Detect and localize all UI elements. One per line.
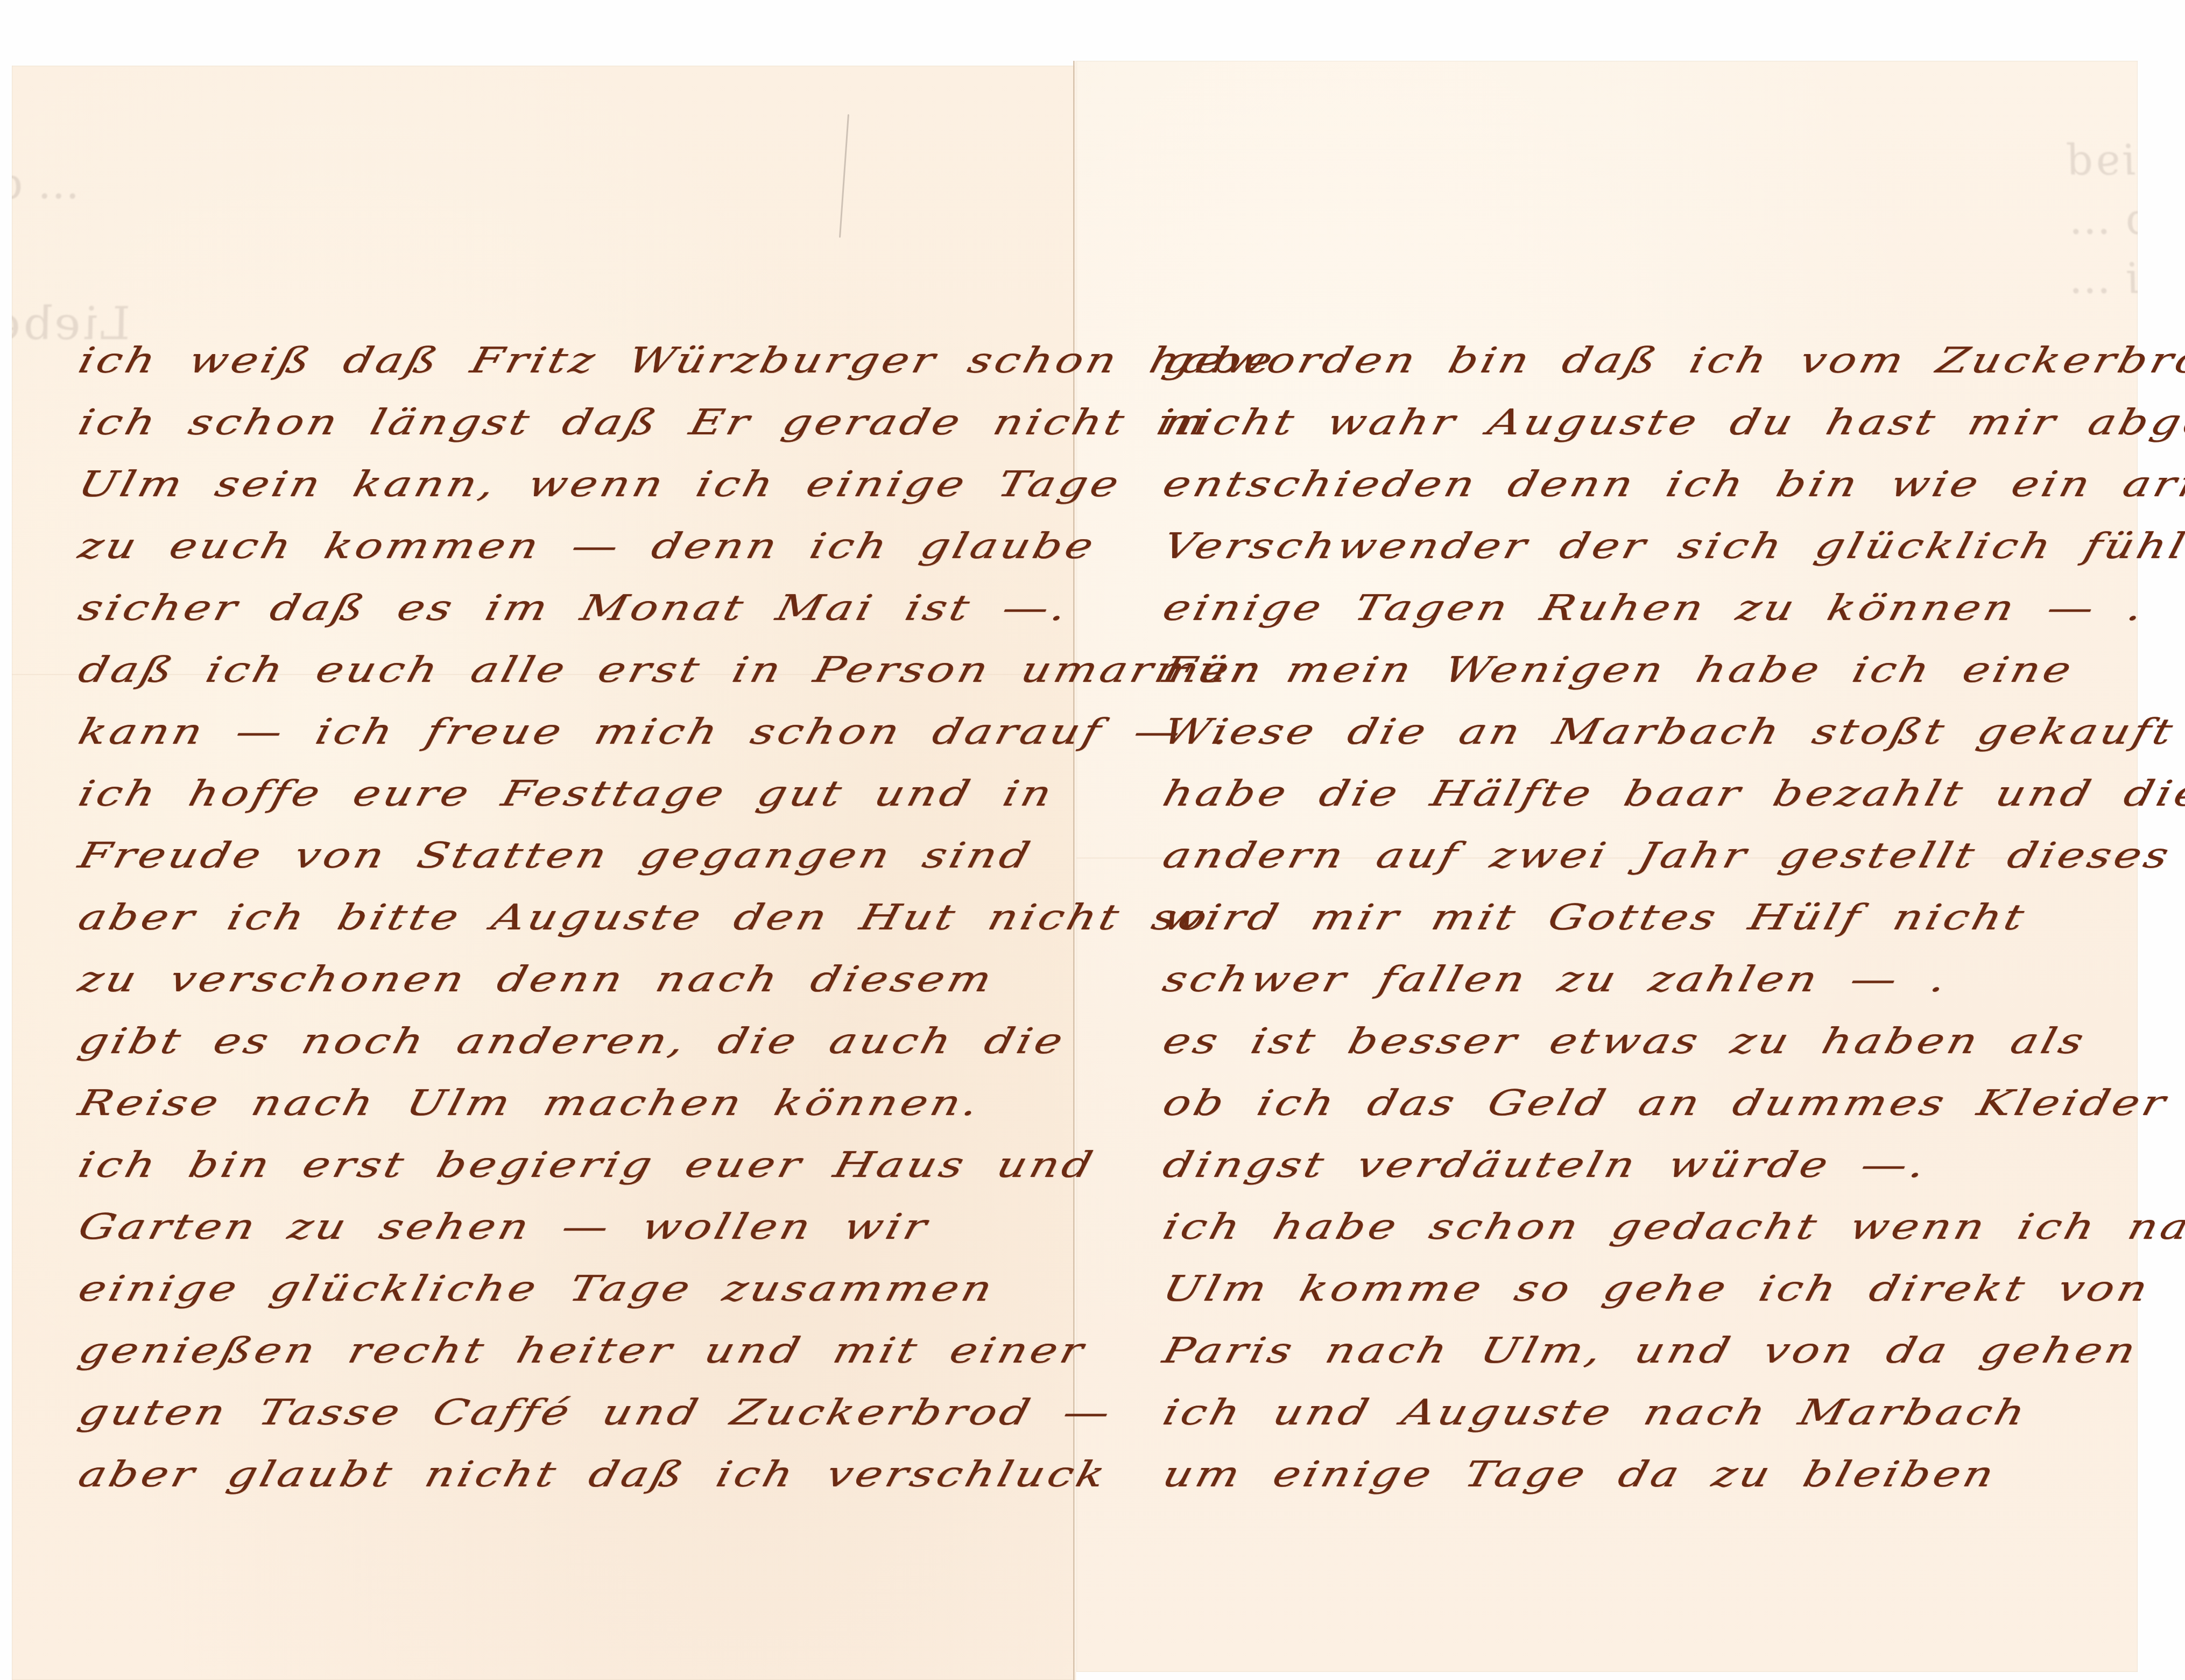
handwritten-line: einige Tagen Ruhen zu können — . bbox=[1157, 581, 2152, 635]
handwritten-line: um einige Tage da zu bleiben bbox=[1157, 1447, 2003, 1501]
handwritten-line: ich habe schon gedacht wenn ich nach bbox=[1157, 1199, 2185, 1254]
handwritten-line: es ist besser etwas zu haben als bbox=[1157, 1014, 2092, 1068]
handwritten-line: habe die Hälfte baar bezahlt und die bbox=[1157, 766, 2185, 821]
handwritten-line: entschieden denn ich bin wie ein armer bbox=[1157, 457, 2185, 511]
handwritten-line: ich hoffe eure Festtage gut und in bbox=[73, 766, 1061, 821]
handwritten-line: nicht wahr Auguste du hast mir abgewe bbox=[1157, 395, 2185, 449]
ghost-line-3: … ich … bbox=[2061, 255, 2138, 303]
handwritten-line: ich schon längst daß Er gerade nicht in bbox=[73, 395, 1215, 449]
ghost-line-1: bei Gemeinderath — hier Mutter bbox=[2061, 136, 2138, 185]
handwritten-line: gibt es noch anderen, die auch die bbox=[73, 1014, 1072, 1068]
handwritten-line: zu euch kommen — denn ich glaube bbox=[73, 519, 1102, 573]
handwritten-line: Freude von Statten gegangen sind bbox=[73, 828, 1039, 883]
handwritten-line: Paris nach Ulm, und von da gehen bbox=[1157, 1323, 2145, 1378]
left-page-text: ich weiß daß Fritz Würzburger schon habe… bbox=[73, 317, 1041, 1555]
handwritten-line: ob ich das Geld an dummes Kleider bbox=[1157, 1076, 2174, 1130]
handwritten-line: einige glückliche Tage zusammen bbox=[73, 1261, 1001, 1316]
pencil-mark bbox=[839, 114, 849, 238]
handwritten-line: Ulm sein kann, wenn ich einige Tage bbox=[73, 457, 1127, 511]
handwritten-line: zu verschonen denn nach diesem bbox=[73, 952, 1000, 1006]
handwritten-line: daß ich euch alle erst in Person umarmen bbox=[73, 643, 1271, 697]
handwritten-line: Ulm komme so gehe ich direkt von bbox=[1157, 1261, 2157, 1316]
handwritten-line: Reise nach Ulm machen können. bbox=[73, 1076, 988, 1130]
handwritten-line: sicher daß es im Monat Mai ist —. bbox=[73, 581, 1076, 635]
handwritten-line: geworden bin daß ich vom Zuckerbrod schw… bbox=[1157, 333, 2185, 387]
handwritten-line: ich bin erst begierig euer Haus und bbox=[73, 1138, 1102, 1192]
handwritten-line: Garten zu sehen — wollen wir bbox=[73, 1199, 936, 1254]
handwritten-line: dingst verdäuteln würde —. bbox=[1157, 1138, 1935, 1192]
handwritten-line: kann — ich freue mich schon darauf — . bbox=[73, 704, 1239, 759]
handwritten-line: genießen recht heiter und mit einer bbox=[73, 1323, 1092, 1378]
handwritten-line: wird mir mit Gottes Hülf nicht bbox=[1157, 890, 2033, 944]
right-page-text: geworden bin daß ich vom Zuckerbrod schw… bbox=[1157, 317, 2126, 1555]
handwritten-line: aber ich bitte Auguste den Hut nicht so bbox=[73, 890, 1216, 944]
handwritten-line: Für mein Wenigen habe ich eine bbox=[1157, 643, 2080, 697]
handwritten-line: guten Tasse Caffé und Zuckerbrod — bbox=[73, 1385, 1119, 1439]
ghost-line-2: … daß ich mit dem … bbox=[2061, 195, 2138, 244]
handwritten-line: ich weiß daß Fritz Würzburger schon habe bbox=[73, 333, 1282, 387]
handwritten-line: andern auf zwei Jahr gestellt dieses bbox=[1157, 828, 2178, 883]
handwritten-line: Verschwender der sich glücklich fühlen t… bbox=[1157, 519, 2185, 573]
handwritten-line: Wiese die an Marbach stoßt gekauft bbox=[1157, 704, 2182, 759]
handwritten-line: aber glaubt nicht daß ich verschluck bbox=[73, 1447, 1114, 1501]
handwritten-line: schwer fallen zu zahlen — . bbox=[1157, 952, 1956, 1006]
handwritten-line: ich und Auguste nach Marbach bbox=[1157, 1385, 2034, 1439]
ghost-date: … d. 26 … 1854 bbox=[12, 160, 87, 208]
